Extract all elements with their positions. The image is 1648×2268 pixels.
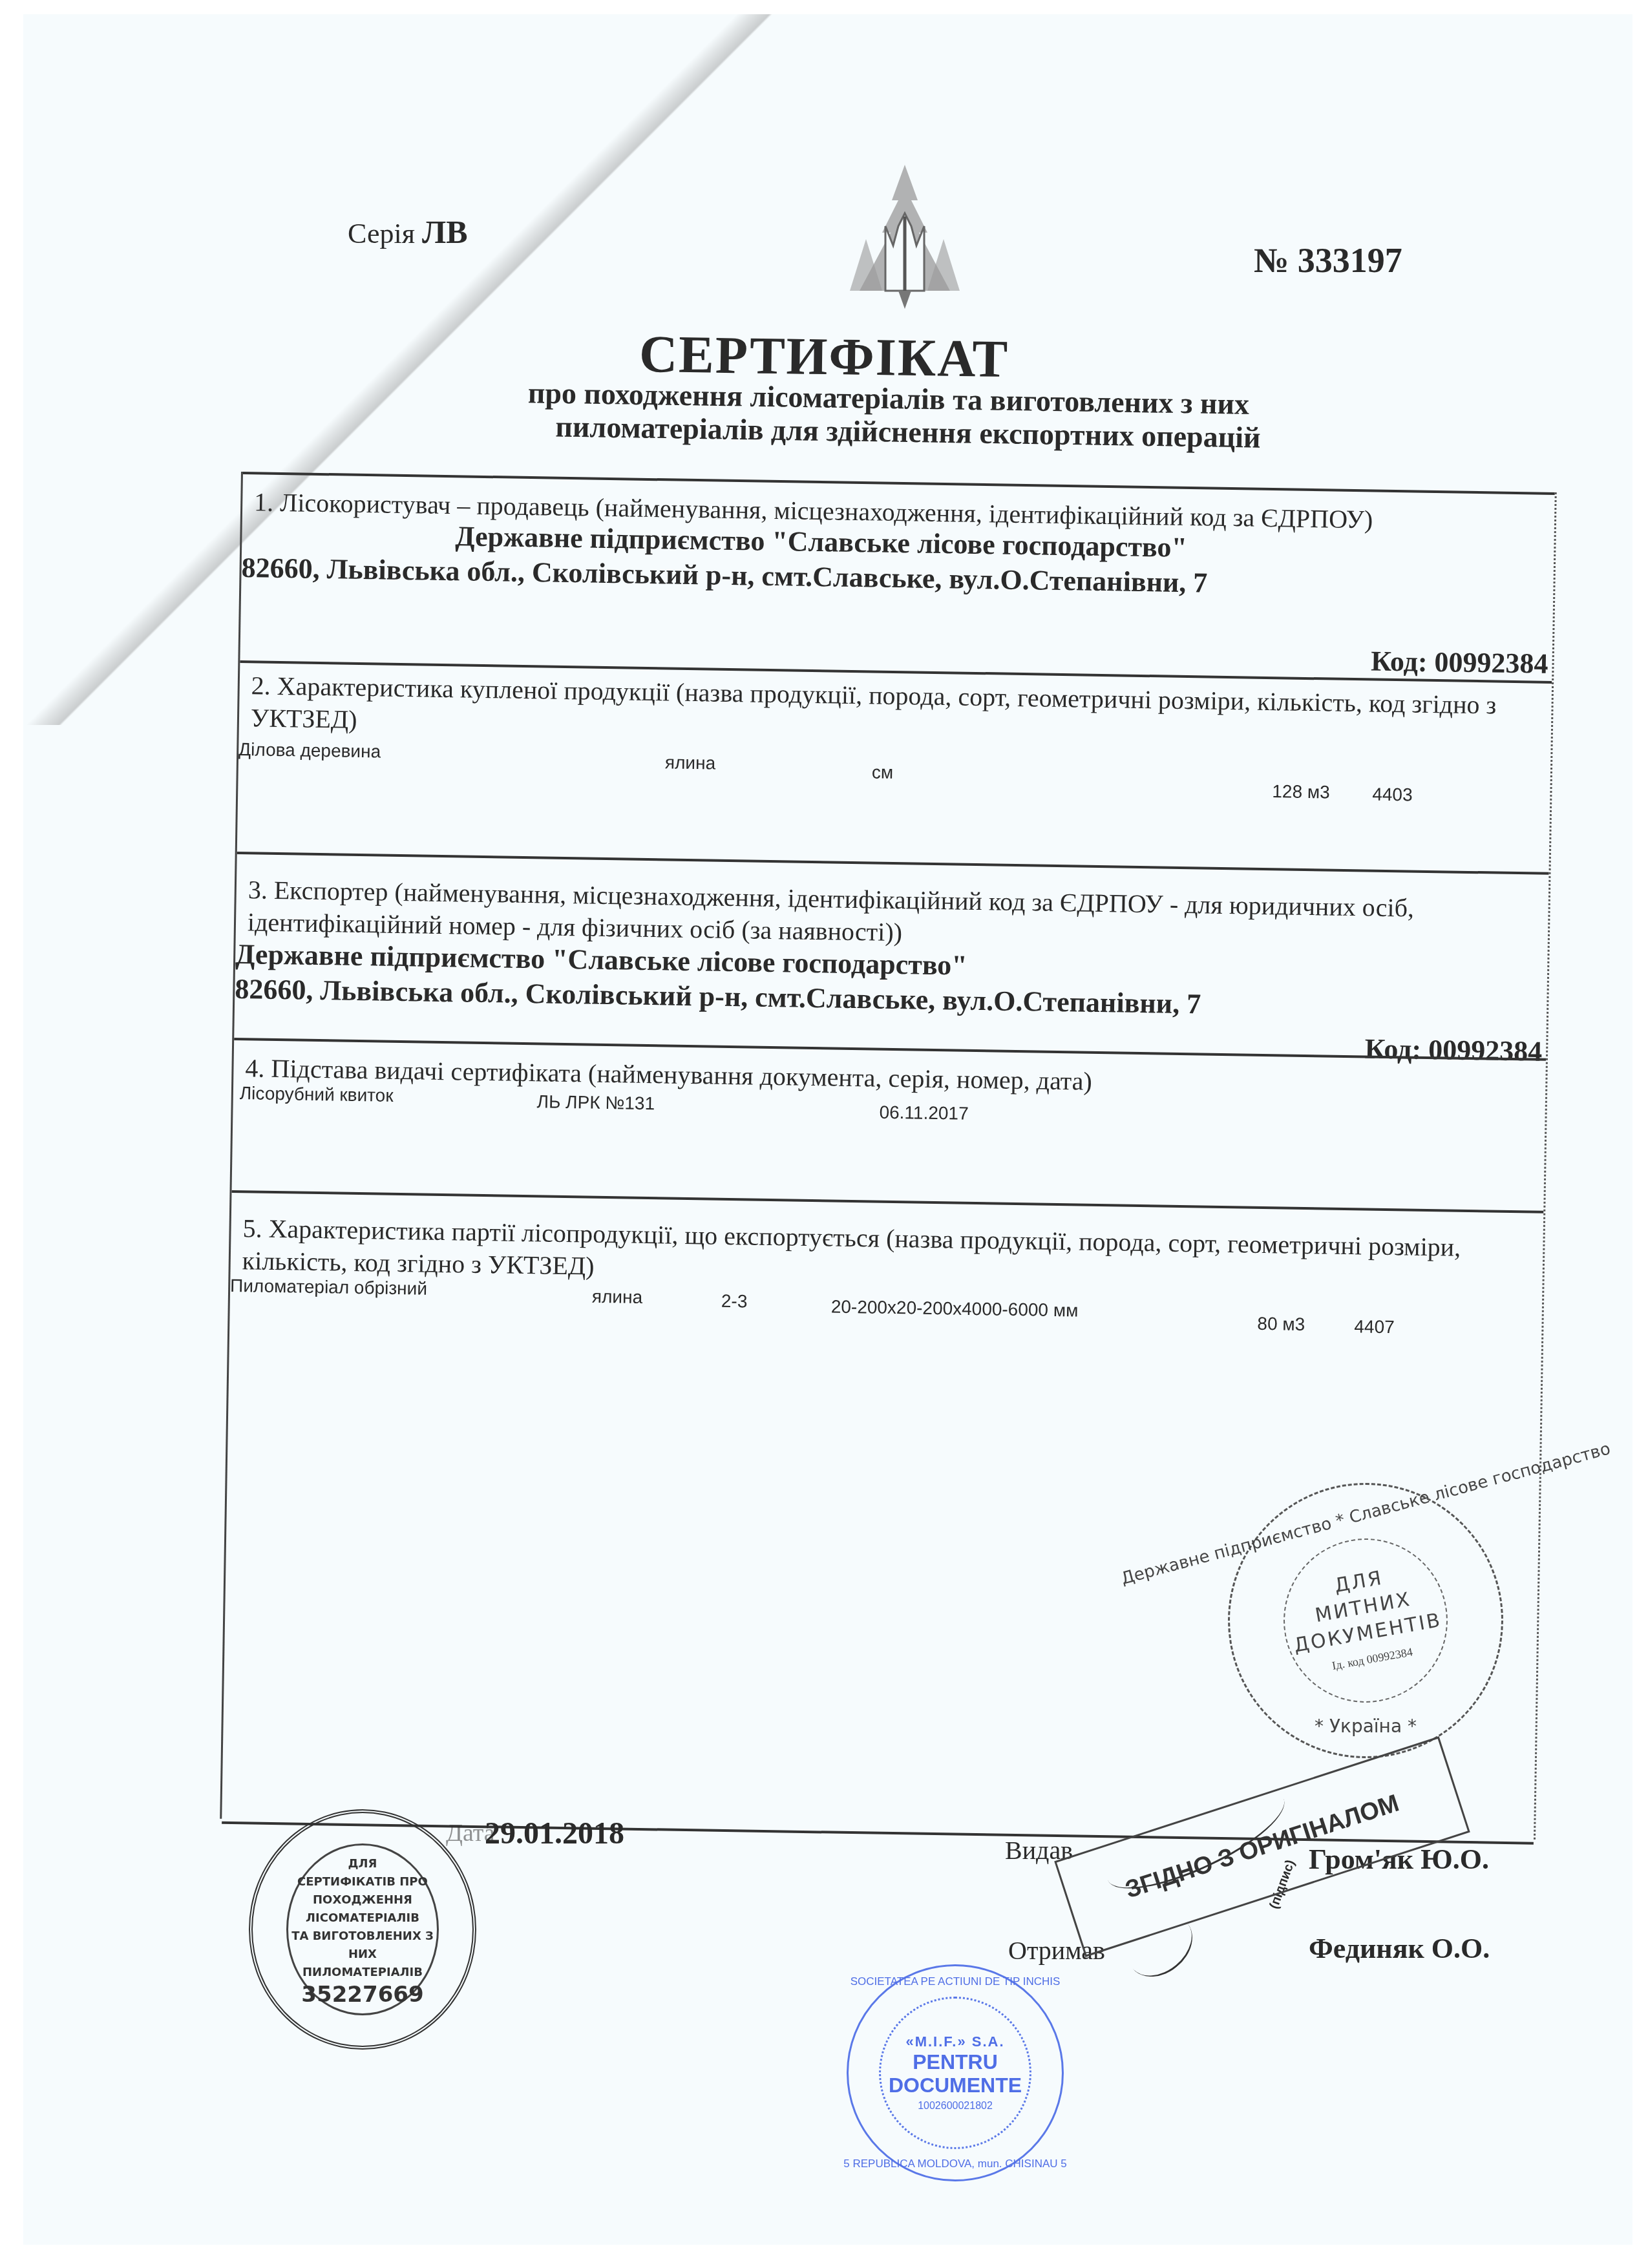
certificates-stamp-number: 35227669 <box>301 1986 423 2004</box>
certificates-stamp-line: ЛІСОМАТЕРІАЛІВ <box>306 1909 419 1927</box>
purchased-product: Ділова деревина <box>238 739 381 762</box>
moldova-stamp-ring-bottom: 5 REPUBLICA MOLDOVA, mun. CHISINAU 5 <box>843 2158 1066 2170</box>
purchased-species: ялина <box>665 752 716 773</box>
certificate-number: № 333197 <box>1254 240 1402 280</box>
certificates-stamp-line: ПИЛОМАТЕРІАЛІВ <box>302 1964 423 1982</box>
section-basis: 4. Підстава видачі сертифіката (найменув… <box>231 1038 1546 1213</box>
series-value: ЛВ <box>422 214 468 250</box>
exported-dimensions: 20-200х20-200х4000-6000 мм <box>831 1296 1079 1321</box>
certificates-stamp-line: ДЛЯ <box>348 1855 377 1873</box>
section-5-label: 5. Характеристика партії лісопродукції, … <box>242 1212 1522 1297</box>
exporter-address: 82660, Львівська обл., Сколівський р-н, … <box>235 972 1201 1022</box>
purchased-uktzed: 4403 <box>1372 784 1413 806</box>
certificates-stamp-line: ПОХОДЖЕННЯ <box>313 1891 412 1909</box>
moldova-stamp-ring-top: SOCIETATEA PE ACTIUNI DE TIP INCHIS <box>850 1975 1061 1988</box>
purchased-quantity: 128 м3 <box>1272 781 1330 803</box>
series-label: Серія ЛВ <box>348 213 468 251</box>
customs-stamp-center: ДЛЯ МИТНИХ ДОКУМЕНТІВ Ід. код 00992384 <box>1271 1526 1461 1716</box>
moldova-company-stamp: SOCIETATEA PE ACTIUNI DE TIP INCHIS «M.I… <box>847 1964 1064 2181</box>
tree-trident-emblem-icon <box>847 162 963 317</box>
moldova-stamp-center: «M.I.F.» S.A. PENTRU DOCUMENTE 100260002… <box>879 1997 1031 2149</box>
basis-date: 06.11.2017 <box>879 1102 969 1124</box>
exported-quantity: 80 м3 <box>1257 1314 1305 1335</box>
certificates-stamp-center: ДЛЯ СЕРТИФІКАТІВ ПРО ПОХОДЖЕННЯ ЛІСОМАТЕ… <box>286 1843 439 2015</box>
series-text: Серія <box>348 218 415 249</box>
moldova-stamp-company: «M.I.F.» S.A. <box>905 2033 1004 2050</box>
exported-uktzed: 4407 <box>1354 1316 1395 1338</box>
exported-grade: 2-3 <box>721 1291 748 1312</box>
section-seller: 1. Лісокористувач – продавець (найменува… <box>240 472 1554 682</box>
section-exporter: 3. Експортер (найменування, місцезнаходж… <box>234 852 1548 1060</box>
section-purchased-product: 2. Характеристика купленої продукції (на… <box>237 660 1552 874</box>
basis-series-number: ЛЬ ЛРК №131 <box>536 1091 655 1114</box>
seller-code: Код: 00992384 <box>1371 644 1548 680</box>
certificates-stamp-line: СЕРТИФІКАТІВ ПРО <box>297 1873 428 1891</box>
moldova-stamp-line: DOCUMENTE <box>889 2074 1022 2097</box>
exported-species: ялина <box>592 1286 643 1308</box>
section-4-label: 4. Підстава видачі сертифіката (найменув… <box>245 1052 1525 1104</box>
certificates-stamp: ДЛЯ СЕРТИФІКАТІВ ПРО ПОХОДЖЕННЯ ЛІСОМАТЕ… <box>249 1809 476 2050</box>
purchased-size: см <box>872 762 894 783</box>
moldova-stamp-line: PENTRU <box>913 2050 998 2074</box>
customs-stamp: Державне підприємство * Славське лісове … <box>1228 1483 1503 1758</box>
exported-product: Пиломатеріал обрізний <box>230 1276 427 1299</box>
customs-stamp-country: * Україна * <box>1315 1716 1417 1737</box>
issue-date: 29.01.2018 <box>485 1816 624 1851</box>
basis-document: Лісорубний квиток <box>240 1083 394 1106</box>
certificates-stamp-line: ТА ВИГОТОВЛЕНИХ З НИХ <box>288 1927 437 1964</box>
section-2-label: 2. Характеристика купленої продукції (на… <box>251 669 1531 754</box>
received-by-name: Фединяк О.О. <box>1309 1932 1490 1965</box>
moldova-stamp-code: 1002600021802 <box>918 2101 993 2112</box>
